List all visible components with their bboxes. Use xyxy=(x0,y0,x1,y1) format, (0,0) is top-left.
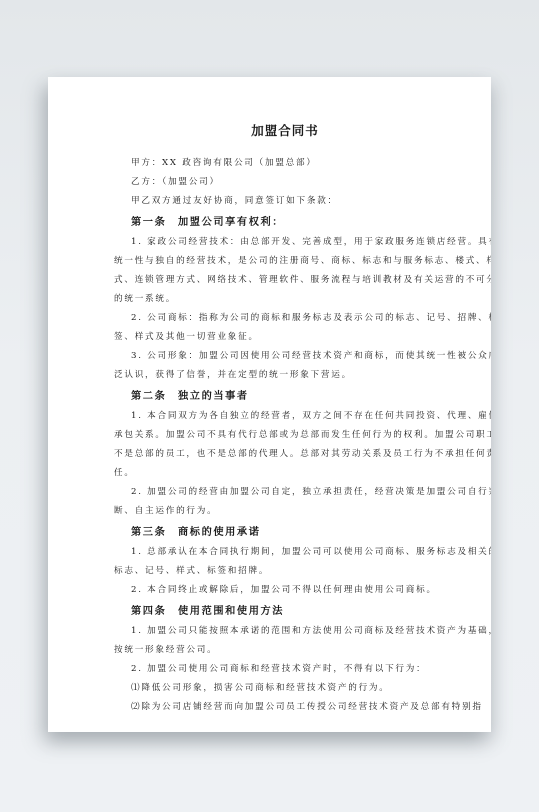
section-heading: 第一条加盟公司享有权利： xyxy=(114,211,452,233)
text-line: ⑵除为公司店铺经营而向加盟公司员工传授公司经营技术资产及总部有特别指 xyxy=(114,698,452,717)
text-line: 2. 本合同终止或解除后，加盟公司不得以任何理由使用公司商标。 xyxy=(114,581,452,600)
text-line: 3. 公司形象：加盟公司因使用公司经营技术资产和商标，而使其统一性被公众广 xyxy=(114,347,452,366)
text-line: ⑴降低公司形象，损害公司商标和经营技术资产的行为。 xyxy=(114,679,452,698)
section-1: 第一条加盟公司享有权利： 1. 家政公司经营技术：由总部开发、完善成型，用于家政… xyxy=(114,211,452,385)
agreement-preamble: 甲乙双方通过友好协商，同意签订如下条款： xyxy=(114,192,452,211)
text-line: 1. 本合同双方为各自独立的经营者，双方之间不存在任何共同投资、代理、雇佣 xyxy=(114,407,452,426)
document-title: 加盟合同书 xyxy=(118,121,452,141)
clause-paragraph: 1. 家政公司经营技术：由总部开发、完善成型，用于家政服务连锁店经营。具有 统一… xyxy=(114,233,452,309)
clause-paragraph: 1. 加盟公司只能按照本承诺的范围和方法使用公司商标及经营技术资产为基础， 按统… xyxy=(114,622,452,660)
clause-paragraph: 2. 加盟公司使用公司商标和经营技术资产时，不得有以下行为： xyxy=(114,660,452,679)
section-title: 商标的使用承诺 xyxy=(178,526,261,538)
clause-paragraph: 2. 本合同终止或解除后，加盟公司不得以任何理由使用公司商标。 xyxy=(114,581,452,600)
section-title: 独立的当事者 xyxy=(178,390,249,402)
section-heading: 第三条商标的使用承诺 xyxy=(114,521,452,543)
clause-paragraph: 1. 总部承认在本合同执行期间，加盟公司可以使用公司商标、服务标志及相关的 标志… xyxy=(114,543,452,581)
clause-paragraph: 2. 加盟公司的经营由加盟公司自定，独立承担责任，经营决策是加盟公司自行判 断、… xyxy=(114,483,452,521)
text-line: 2. 加盟公司的经营由加盟公司自定，独立承担责任，经营决策是加盟公司自行判 xyxy=(114,483,452,502)
text-line: 1. 加盟公司只能按照本承诺的范围和方法使用公司商标及经营技术资产为基础， xyxy=(114,622,452,641)
section-title: 使用范围和使用方法 xyxy=(178,605,284,617)
clause-paragraph: ⑵除为公司店铺经营而向加盟公司员工传授公司经营技术资产及总部有特别指 xyxy=(114,698,452,717)
section-heading: 第四条使用范围和使用方法 xyxy=(114,600,452,622)
text-line: 统一性与独自的经营技术，是公司的注册商号、商标、标志和与服务标志、楼式、样 xyxy=(114,252,452,271)
section-number: 第三条 xyxy=(131,521,178,543)
text-line: 式、连锁管理方式、网络技术、管理软件、服务流程与培训教材及有关运营的不可分 xyxy=(114,271,452,290)
section-4: 第四条使用范围和使用方法 1. 加盟公司只能按照本承诺的范围和方法使用公司商标及… xyxy=(114,600,452,717)
section-number: 第一条 xyxy=(131,211,178,233)
text-line: 签、样式及其他一切营业象征。 xyxy=(114,328,452,347)
section-2: 第二条独立的当事者 1. 本合同双方为各自独立的经营者，双方之间不存在任何共同投… xyxy=(114,385,452,521)
document-content: 加盟合同书 甲方：XX 政咨询有限公司（加盟总部） 乙方：（加盟公司） 甲乙双方… xyxy=(114,121,452,717)
text-line: 按统一形象经营公司。 xyxy=(114,641,452,660)
contract-parties: 甲方：XX 政咨询有限公司（加盟总部） 乙方：（加盟公司） 甲乙双方通过友好协商… xyxy=(114,154,452,211)
document-page: 加盟合同书 甲方：XX 政咨询有限公司（加盟总部） 乙方：（加盟公司） 甲乙双方… xyxy=(48,77,491,732)
text-line: 标志、记号、样式、标签和招牌。 xyxy=(114,562,452,581)
text-line: 泛认识，获得了信誉，并在定型的统一形象下营运。 xyxy=(114,366,452,385)
section-title: 加盟公司享有权利： xyxy=(178,216,284,228)
text-line: 2. 加盟公司使用公司商标和经营技术资产时，不得有以下行为： xyxy=(114,660,452,679)
section-heading: 第二条独立的当事者 xyxy=(114,385,452,407)
clause-paragraph: ⑴降低公司形象，损害公司商标和经营技术资产的行为。 xyxy=(114,679,452,698)
clause-paragraph: 2. 公司商标：指称为公司的商标和服务标志及表示公司的标志、记号、招牌、标 签、… xyxy=(114,309,452,347)
party-b-line: 乙方：（加盟公司） xyxy=(114,173,452,192)
text-line: 不是总部的员工，也不是总部的代理人。总部对其劳动关系及员工行为不承担任何责 xyxy=(114,445,452,464)
text-line: 2. 公司商标：指称为公司的商标和服务标志及表示公司的标志、记号、招牌、标 xyxy=(114,309,452,328)
section-number: 第二条 xyxy=(131,385,178,407)
text-line: 承包关系。加盟公司不具有代行总部或为总部而发生任何行为的权利。加盟公司职工 xyxy=(114,426,452,445)
text-line: 1. 家政公司经营技术：由总部开发、完善成型，用于家政服务连锁店经营。具有 xyxy=(114,233,452,252)
text-line: 断、自主运作的行为。 xyxy=(114,502,452,521)
clause-paragraph: 3. 公司形象：加盟公司因使用公司经营技术资产和商标，而使其统一性被公众广 泛认… xyxy=(114,347,452,385)
text-line: 任。 xyxy=(114,464,452,483)
section-3: 第三条商标的使用承诺 1. 总部承认在本合同执行期间，加盟公司可以使用公司商标、… xyxy=(114,521,452,600)
party-a-line: 甲方：XX 政咨询有限公司（加盟总部） xyxy=(114,154,452,173)
clause-paragraph: 1. 本合同双方为各自独立的经营者，双方之间不存在任何共同投资、代理、雇佣 承包… xyxy=(114,407,452,483)
text-line: 的统一系统。 xyxy=(114,290,452,309)
text-line: 1. 总部承认在本合同执行期间，加盟公司可以使用公司商标、服务标志及相关的 xyxy=(114,543,452,562)
section-number: 第四条 xyxy=(131,600,178,622)
